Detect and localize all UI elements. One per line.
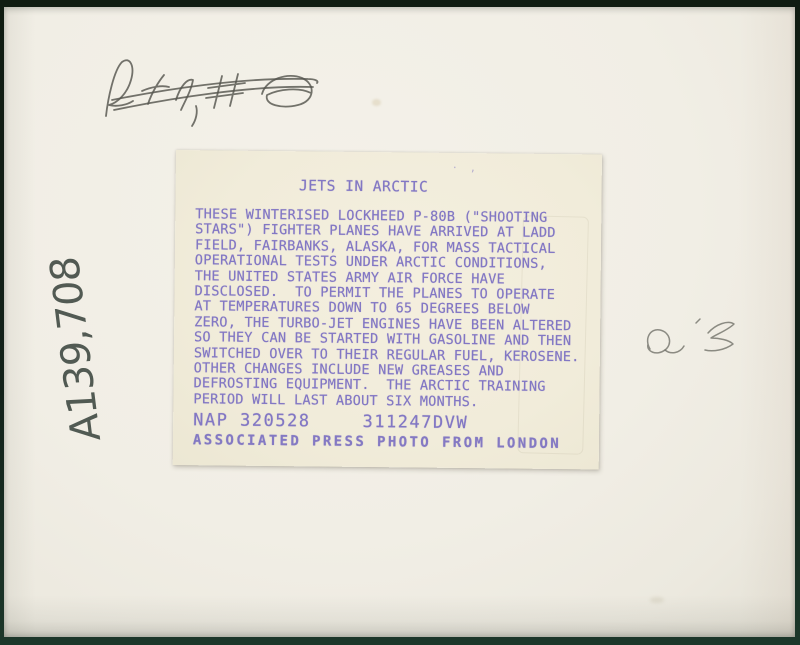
paper-stain: [372, 99, 381, 106]
caption-label: · , JETS IN ARCTIC THESE WINTERISED LOCK…: [173, 150, 602, 469]
caption-ref-number: NAP 320528: [193, 410, 311, 431]
caption-credit-line: ASSOCIATED PRESS PHOTO FROM LONDON: [193, 432, 585, 453]
caption-serial-number: 311247DVW: [362, 412, 468, 433]
photo-back: A139,708 · , JETS IN ARCTIC THESE WINTER…: [4, 7, 795, 637]
paper-stain: [650, 597, 664, 603]
pencil-note-crossed-out: [92, 52, 327, 130]
pencil-note-right: [622, 309, 742, 373]
caption-title: JETS IN ARCTIC: [196, 176, 588, 198]
scan-frame: A139,708 · , JETS IN ARCTIC THESE WINTER…: [0, 0, 800, 645]
archive-number-handwritten: A139,708: [33, 238, 120, 460]
stray-typed-mark: · ,: [452, 163, 479, 174]
emboss-impression: [517, 215, 589, 455]
